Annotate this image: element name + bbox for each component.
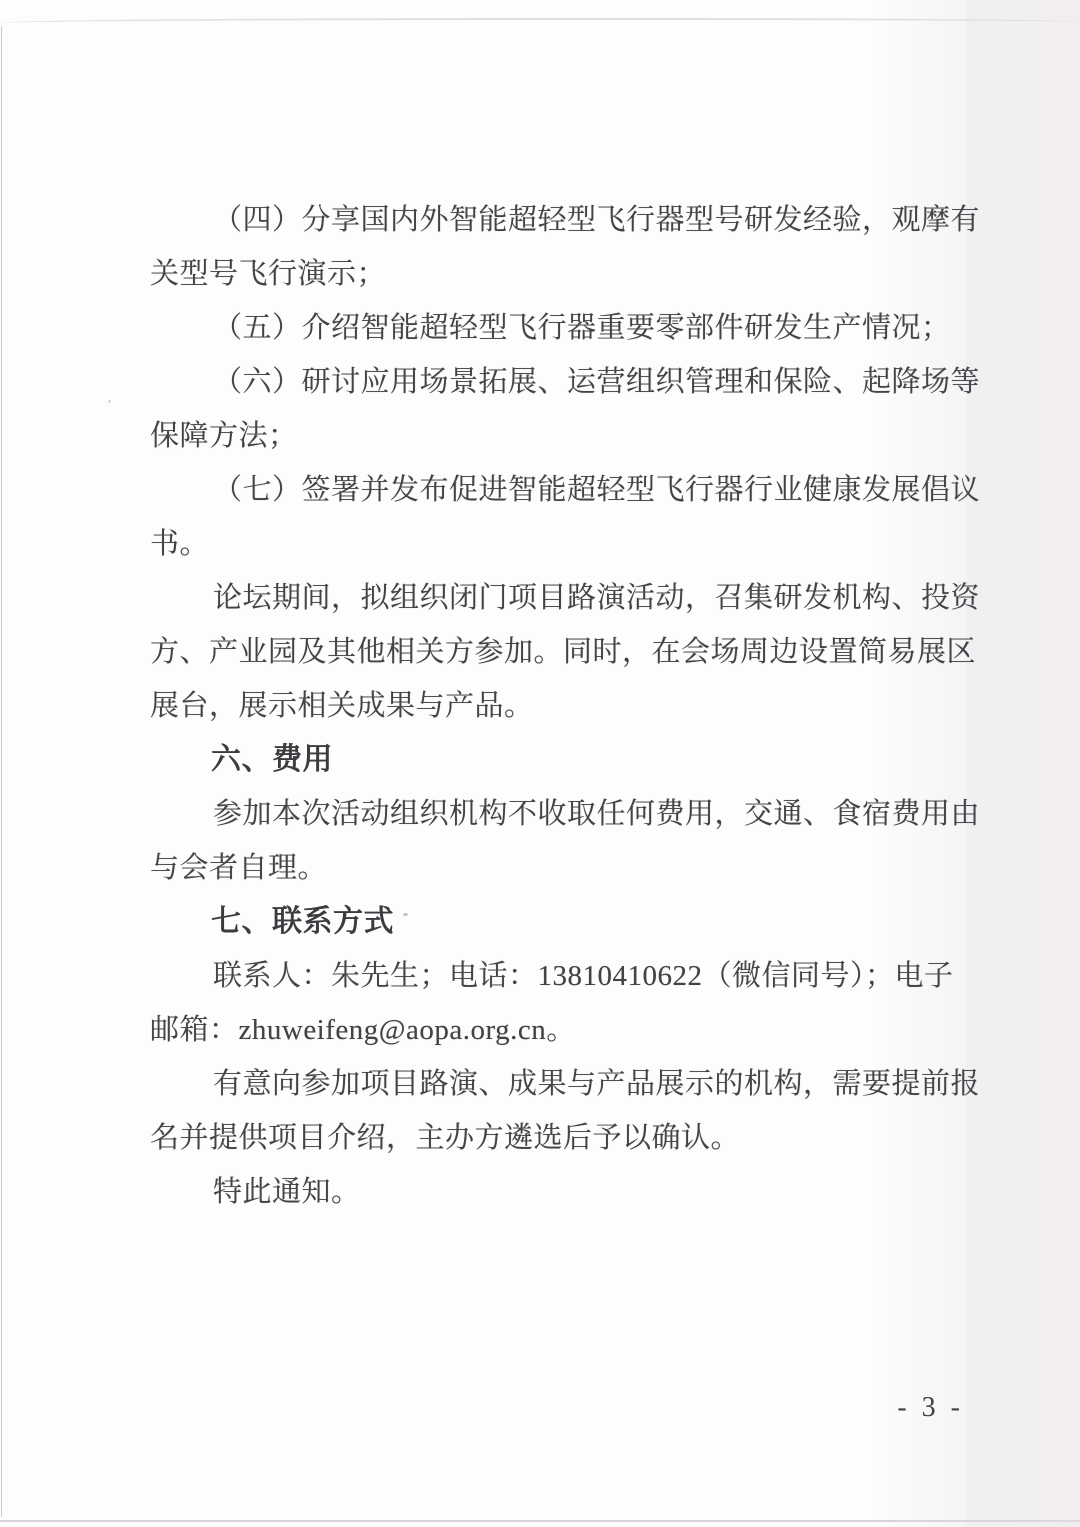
scan-speckle	[108, 400, 111, 403]
paragraph-forum-line-3: 展台，展示相关成果与产品。	[150, 679, 964, 733]
list-item-6-line-2: 保障方法；	[150, 409, 964, 463]
list-item-4-line-1: （四）分享国内外智能超轻型飞行器型号研发经验，观摩有	[150, 193, 964, 247]
section-heading-contact: 七、联系方式	[150, 895, 964, 949]
document-body: （四）分享国内外智能超轻型飞行器型号研发经验，观摩有 关型号飞行演示； （五）介…	[150, 193, 964, 1219]
section-heading-fee: 六、费用	[150, 733, 964, 787]
paragraph-forum-line-1: 论坛期间，拟组织闭门项目路演活动，召集研发机构、投资	[150, 571, 964, 625]
scanned-document-page: （四）分享国内外智能超轻型飞行器型号研发经验，观摩有 关型号飞行演示； （五）介…	[0, 0, 1080, 1527]
closing-notice-line: 特此通知。	[150, 1165, 964, 1219]
list-item-4-line-2: 关型号飞行演示；	[150, 247, 964, 301]
paragraph-forum-line-2: 方、产业园及其他相关方参加。同时，在会场周边设置简易展区	[150, 625, 964, 679]
list-item-6-line-1: （六）研讨应用场景拓展、运营组织管理和保险、起降场等	[150, 355, 964, 409]
list-item-7-line-2: 书。	[150, 517, 964, 571]
paragraph-contact-line-1: 联系人：朱先生；电话：13810410622（微信同号）；电子	[150, 949, 964, 1003]
paragraph-contact-line-2: 邮箱：zhuweifeng@aopa.org.cn。	[150, 1003, 964, 1057]
scan-bottom-edge	[0, 1520, 1080, 1522]
list-item-5: （五）介绍智能超轻型飞行器重要零部件研发生产情况；	[150, 301, 964, 355]
paragraph-fee-line-2: 与会者自理。	[150, 841, 964, 895]
paragraph-apply-line-1: 有意向参加项目路演、成果与产品展示的机构，需要提前报	[150, 1057, 964, 1111]
scan-top-edge	[0, 18, 1080, 23]
paragraph-apply-line-2: 名并提供项目介绍，主办方遴选后予以确认。	[150, 1111, 964, 1165]
list-item-7-line-1: （七）签署并发布促进智能超轻型飞行器行业健康发展倡议	[150, 463, 964, 517]
scan-left-edge	[1, 26, 2, 1517]
paragraph-fee-line-1: 参加本次活动组织机构不收取任何费用，交通、食宿费用由	[150, 787, 964, 841]
page-number: - 3 -	[897, 1392, 964, 1424]
